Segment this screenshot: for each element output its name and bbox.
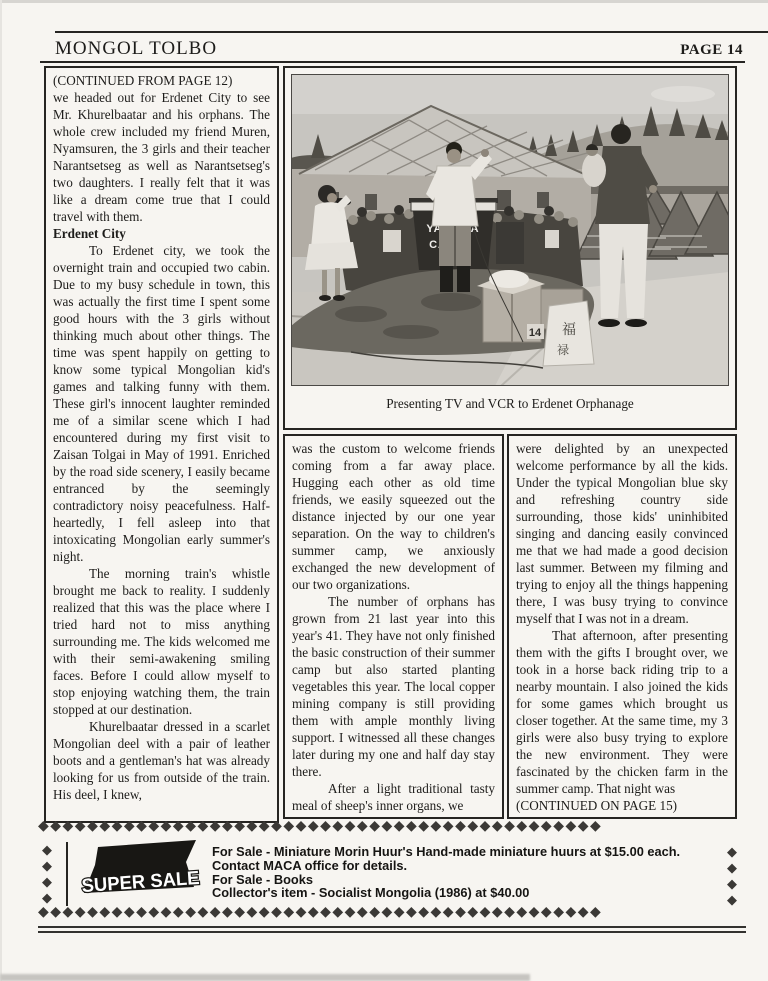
paragraph: Khurelbaatar dressed in a scarlet Mongol… xyxy=(53,718,270,803)
footer-rule-upper xyxy=(38,926,746,928)
section-heading: Erdenet City xyxy=(53,225,270,242)
paragraph: After a light traditional tasty meal of … xyxy=(292,780,495,814)
scan-edge-left xyxy=(0,0,2,981)
orphanage-photo: YAMAHA CASIO xyxy=(291,74,729,386)
ad-text-block: For Sale - Miniature Morin Huur's Hand-m… xyxy=(212,845,737,900)
article-right-column: were delighted by an unexpected welcome … xyxy=(507,434,737,819)
ad-border-bottom-diamonds: ◆◆◆◆◆◆◆◆◆◆◆◆◆◆◆◆◆◆◆◆◆◆◆◆◆◆◆◆◆◆◆◆◆◆◆◆◆◆◆◆… xyxy=(38,905,750,923)
ad-divider-line xyxy=(66,842,68,906)
continued-on-note: (CONTINUED ON PAGE 15) xyxy=(516,797,728,814)
ad-border-right-diamonds: ◆◆◆◆ xyxy=(727,844,742,910)
box-number-label: 14 xyxy=(529,327,542,339)
photo-caption: Presenting TV and VCR to Erdenet Orphana… xyxy=(291,396,729,412)
paragraph: was the custom to welcome friends coming… xyxy=(292,440,495,593)
ad-line: Contact MACA office for details. xyxy=(212,859,737,873)
newsletter-page: MONGOL TOLBO PAGE 14 (CONTINUED FROM PAG… xyxy=(0,0,768,981)
article-left-column: (CONTINUED FROM PAGE 12) we headed out f… xyxy=(44,66,279,823)
paragraph: we headed out for Erdenet City to see Mr… xyxy=(53,89,270,225)
photo-box: YAMAHA CASIO xyxy=(283,66,737,430)
paragraph: were delighted by an unexpected welcome … xyxy=(516,440,728,627)
paragraph: That afternoon, after presenting them wi… xyxy=(516,627,728,797)
page-number: PAGE 14 xyxy=(680,42,743,59)
paragraph: The number of orphans has grown from 21 … xyxy=(292,593,495,780)
continued-from-note: (CONTINUED FROM PAGE 12) xyxy=(53,72,270,89)
scan-edge-top xyxy=(0,0,768,3)
ad-border-left-diamonds: ◆◆◆◆ xyxy=(42,842,57,908)
ad-border-top-diamonds: ◆◆◆◆◆◆◆◆◆◆◆◆◆◆◆◆◆◆◆◆◆◆◆◆◆◆◆◆◆◆◆◆◆◆◆◆◆◆◆◆… xyxy=(38,819,746,837)
ad-line: For Sale - Books xyxy=(212,873,737,887)
paragraph: The morning train's whistle brought me b… xyxy=(53,565,270,718)
ad-line: Collector's item - Socialist Mongolia (1… xyxy=(212,886,737,900)
paragraph: To Erdenet city, we took the overnight t… xyxy=(53,242,270,565)
header-bottom-rule xyxy=(40,61,745,63)
scan-edge-bottom xyxy=(0,974,530,981)
super-sale-logo: SUPER SALE xyxy=(74,840,206,906)
header-top-rule xyxy=(55,31,768,33)
masthead-title: MONGOL TOLBO xyxy=(55,38,217,60)
article-middle-column: was the custom to welcome friends coming… xyxy=(283,434,504,819)
footer-rule-lower xyxy=(38,931,746,933)
sack-calligraphy-2: 禄 xyxy=(557,343,569,357)
ad-line: For Sale - Miniature Morin Huur's Hand-m… xyxy=(212,845,737,859)
sack-calligraphy-1: 福 xyxy=(562,321,576,337)
